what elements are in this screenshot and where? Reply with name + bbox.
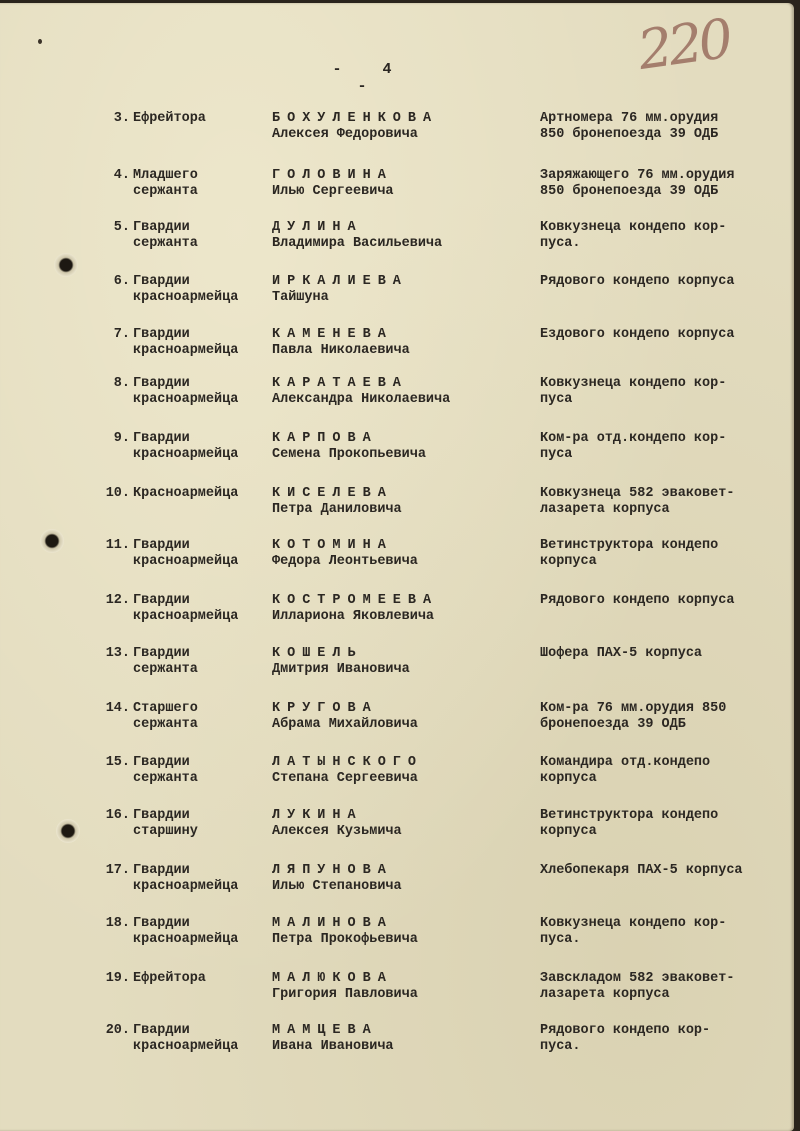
- entry-number: 13.: [100, 646, 130, 662]
- entry-surname: МАЛЮКОВА: [272, 971, 393, 987]
- entry-number: 12.: [100, 593, 130, 609]
- entry-rank: Гвардии красноармейца: [133, 431, 273, 463]
- entry-number: 18.: [100, 916, 130, 932]
- entry-position: Завскладом 582 эваковет- лазарета корпус…: [540, 971, 790, 1003]
- entry-position: Ковкузнеца кондепо кор- пуса.: [540, 220, 790, 252]
- entry-surname: КОСТРОМЕЕВА: [272, 593, 438, 609]
- entry-rank: Гвардии красноармейца: [133, 863, 273, 895]
- entry-number: 17.: [100, 863, 130, 879]
- entry-given-name: Владимира Васильевича: [272, 236, 442, 252]
- punch-hole: [56, 819, 80, 843]
- entry-position: Рядового кондепо кор- пуса.: [540, 1023, 790, 1055]
- entry-rank: Гвардии сержанта: [133, 755, 273, 787]
- entry-rank: Гвардии красноармейца: [133, 376, 273, 408]
- handwritten-page-number: 220: [634, 7, 733, 82]
- entry-number: 9.: [100, 431, 130, 447]
- entry-position: Шофера ПАХ-5 корпуса: [540, 646, 790, 662]
- entry-number: 11.: [100, 538, 130, 554]
- entry-surname: КИСЕЛЕВА: [272, 486, 393, 502]
- entry-number: 6.: [100, 274, 130, 290]
- entry-number: 7.: [100, 327, 130, 343]
- entry-position: Ковкузнеца кондепо кор- пуса: [540, 376, 790, 408]
- entry-surname: МАЛИНОВА: [272, 916, 393, 932]
- entry-given-name: Семена Прокопьевича: [272, 447, 426, 463]
- entry-rank: Гвардии красноармейца: [133, 274, 273, 306]
- entry-surname: ИРКАЛИЕВА: [272, 274, 408, 290]
- entry-given-name: Абрама Михайловича: [272, 717, 418, 733]
- entry-given-name: Павла Николаевича: [272, 343, 410, 359]
- entry-given-name: Степана Сергеевича: [272, 771, 418, 787]
- entry-given-name: Алексея Кузьмича: [272, 824, 402, 840]
- entry-rank: Гвардии сержанта: [133, 646, 273, 678]
- entry-rank: Гвардии красноармейца: [133, 327, 273, 359]
- entry-surname: ЛУКИНА: [272, 808, 363, 824]
- entry-given-name: Алексея Федоровича: [272, 127, 418, 143]
- punch-hole: [54, 253, 78, 277]
- entry-number: 15.: [100, 755, 130, 771]
- entry-given-name: Илью Сергеевича: [272, 184, 394, 200]
- entry-position: Рядового кондепо корпуса: [540, 593, 790, 609]
- page-number: - 4 -: [310, 61, 430, 95]
- entry-rank: Гвардии красноармейца: [133, 916, 273, 948]
- entry-rank: Гвардии красноармейца: [133, 538, 273, 570]
- entry-number: 3.: [100, 111, 130, 127]
- entry-surname: КРУГОВА: [272, 701, 378, 717]
- entry-rank: Красноармейца: [133, 486, 273, 502]
- entry-rank: Гвардии старшину: [133, 808, 273, 840]
- entry-surname: КАМЕНЕВА: [272, 327, 393, 343]
- entry-number: 10.: [100, 486, 130, 502]
- entry-surname: МАМЦЕВА: [272, 1023, 378, 1039]
- entry-given-name: Ивана Ивановича: [272, 1039, 394, 1055]
- entry-given-name: Иллариона Яковлевича: [272, 609, 434, 625]
- entry-surname: ЛАТЫНСКОГО: [272, 755, 423, 771]
- entry-number: 16.: [100, 808, 130, 824]
- entry-given-name: Илью Степановича: [272, 879, 402, 895]
- entry-number: 19.: [100, 971, 130, 987]
- entry-number: 4.: [100, 168, 130, 184]
- entry-number: 20.: [100, 1023, 130, 1039]
- entry-number: 14.: [100, 701, 130, 717]
- entry-rank: Гвардии красноармейца: [133, 1023, 273, 1055]
- entry-rank: Младшего сержанта: [133, 168, 273, 200]
- entry-rank: Ефрейтора: [133, 971, 273, 987]
- entry-position: Артномера 76 мм.орудия 850 бронепоезда 3…: [540, 111, 790, 143]
- entry-position: Командира отд.кондепо корпуса: [540, 755, 790, 787]
- entry-position: Ветинструктора кондепо корпуса: [540, 538, 790, 570]
- entry-position: Хлебопекаря ПАХ-5 корпуса: [540, 863, 790, 879]
- entry-position: Ком-ра 76 мм.орудия 850 бронепоезда 39 О…: [540, 701, 790, 733]
- entry-given-name: Александра Николаевича: [272, 392, 450, 408]
- entry-position: Ковкузнеца 582 эваковет- лазарета корпус…: [540, 486, 790, 518]
- entry-position: Рядового кондепо корпуса: [540, 274, 790, 290]
- entry-position: Заряжающего 76 мм.орудия 850 бронепоезда…: [540, 168, 790, 200]
- entry-position: Ветинструктора кондепо корпуса: [540, 808, 790, 840]
- entry-rank: Старшего сержанта: [133, 701, 273, 733]
- entry-given-name: Тайшуна: [272, 290, 329, 306]
- entry-surname: ГОЛОВИНА: [272, 168, 393, 184]
- entry-given-name: Григория Павловича: [272, 987, 418, 1003]
- entry-surname: КОТОМИНА: [272, 538, 393, 554]
- entry-surname: КОШЕЛЬ: [272, 646, 363, 662]
- entry-surname: КАРАТАЕВА: [272, 376, 408, 392]
- entry-rank: Гвардии красноармейца: [133, 593, 273, 625]
- entry-rank: Гвардии сержанта: [133, 220, 273, 252]
- entry-rank: Ефрейтора: [133, 111, 273, 127]
- entry-number: 5.: [100, 220, 130, 236]
- entry-number: 8.: [100, 376, 130, 392]
- entry-position: Ковкузнеца кондепо кор- пуса.: [540, 916, 790, 948]
- entry-surname: ЛЯПУНОВА: [272, 863, 393, 879]
- entry-given-name: Федора Леонтьевича: [272, 554, 418, 570]
- entry-surname: КАРПОВА: [272, 431, 378, 447]
- entry-position: Ездового кондепо корпуса: [540, 327, 790, 343]
- punch-hole: [40, 529, 64, 553]
- entry-position: Ком-ра отд.кондепо кор- пуса: [540, 431, 790, 463]
- document-page: 220 - 4 - 3. Ефрейтора БОХУЛЕНКОВА Алекс…: [0, 3, 794, 1131]
- entry-surname: БОХУЛЕНКОВА: [272, 111, 438, 127]
- entry-given-name: Дмитрия Ивановича: [272, 662, 410, 678]
- entry-given-name: Петра Прокофьевича: [272, 932, 418, 948]
- ink-speck: [38, 39, 42, 44]
- entry-surname: ДУЛИНА: [272, 220, 363, 236]
- entry-given-name: Петра Даниловича: [272, 502, 402, 518]
